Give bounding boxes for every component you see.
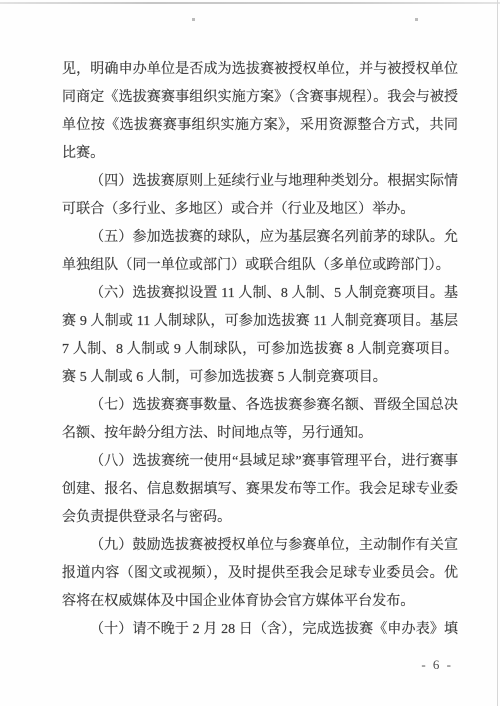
text-line: （十）请不晚于 2 月 28 日（含），完成选拔赛《申办表》填写 [62,616,458,644]
scan-edge-top-line [0,2,500,4]
text-line: 可联合（多行业、多地区）或合并（行业及地区）举办。 [62,196,458,224]
text-line: （四）选拔赛原则上延续行业与地理种类划分。根据实际情况， [62,168,458,196]
text-line: 见，明确申办单位是否成为选拔赛被授权单位，并与被授权单位共 [62,56,458,84]
text-line: （五）参加选拔赛的球队，应为基层赛名列前茅的球队。允许 [62,224,458,252]
text-line: 报道内容（图文或视频），及时提供至我会足球专业委员会。优质内 [62,560,458,588]
text-line: 比赛。 [62,140,458,168]
body-text: 见，明确申办单位是否成为选拔赛被授权单位，并与被授权单位共同商定《选拔赛赛事组织… [62,56,458,644]
text-line: 名额、按年龄分组方法、时间地点等，另行通知。 [62,420,458,448]
text-line: 同商定《选拔赛赛事组织实施方案》（含赛事规程）。我会与被授权 [62,84,458,112]
scan-speck [415,18,418,21]
text-line: 会负责提供登录名与密码。 [62,504,458,532]
page-number: - 6 - [421,657,453,673]
text-line: 创建、报名、信息数据填写、赛果发布等工作。我会足球专业委员 [62,476,458,504]
text-line: （六）选拔赛拟设置 11 人制、8 人制、5 人制竞赛项目。基层 [62,280,458,308]
text-line: （八）选拔赛统一使用“县域足球”赛事管理平台，进行赛事 [62,448,458,476]
text-line: 7 人制、8 人制或 9 人制球队，可参加选拔赛 8 人制竞赛项目。基层 [62,336,458,364]
text-line: 容将在权威媒体及中国企业体育协会官方媒体平台发布。 [62,588,458,616]
text-line: 单位按《选拔赛赛事组织实施方案》，采用资源整合方式，共同举办 [62,112,458,140]
text-line: 赛 5 人制或 6 人制，可参加选拔赛 5 人制竞赛项目。 [62,364,458,392]
document-page: 见，明确申办单位是否成为选拔赛被授权单位，并与被授权单位共同商定《选拔赛赛事组织… [0,0,500,706]
scan-speck [192,18,195,21]
text-line: （七）选拔赛赛事数量、各选拔赛参赛名额、晋级全国总决赛 [62,392,458,420]
scan-edge-right-line [497,0,498,706]
text-line: 赛 9 人制或 11 人制球队，可参加选拔赛 11 人制竞赛项目。基层赛 [62,308,458,336]
text-line: 单独组队（同一单位或部门）或联合组队（多单位或跨部门）。 [62,252,458,280]
text-line: （九）鼓励选拔赛被授权单位与参赛单位，主动制作有关宣传 [62,532,458,560]
